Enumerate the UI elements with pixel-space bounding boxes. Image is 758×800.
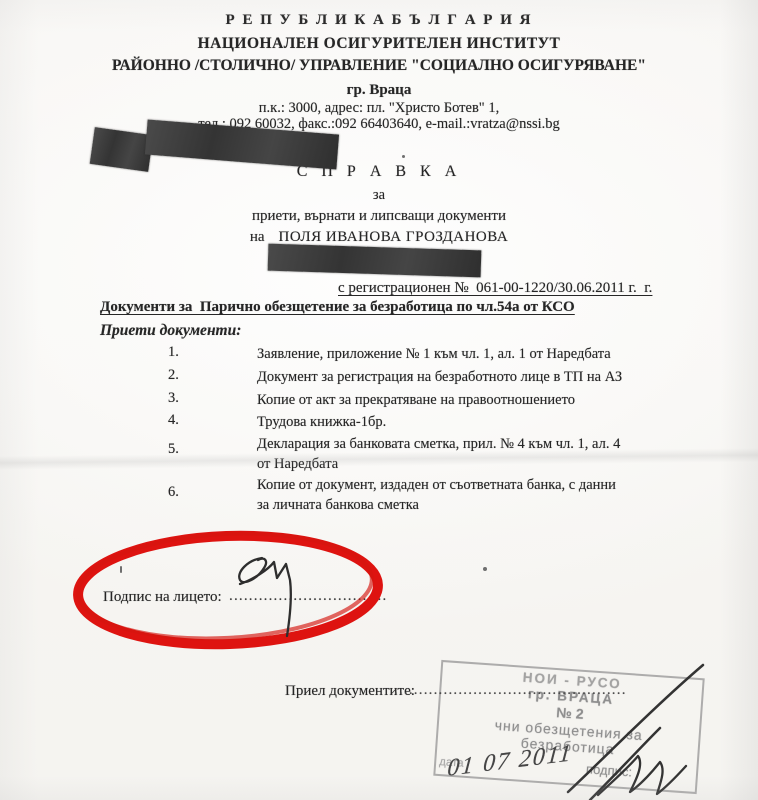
item-text: Копие от документ, издаден от съответнат… [257, 475, 677, 495]
item-number: 4. [168, 412, 179, 429]
document-title-sub2: приети, върнати и липсващи документи [0, 208, 758, 225]
person-name-line: наПОЛЯ ИВАНОВА ГРОЗДАНОВА [0, 229, 758, 246]
header-city: гр. Враца [0, 82, 758, 99]
item-text: Документ за регистрация на безработното … [257, 367, 677, 387]
scan-speck [483, 567, 487, 571]
item-text: Копие от акт за прекратяване на правоотн… [257, 390, 677, 410]
item-text: Трудова книжка-1бр. [257, 412, 677, 432]
section-subheading: Приети документи: [100, 322, 241, 340]
person-name: ПОЛЯ ИВАНОВА ГРОЗДАНОВА [279, 229, 509, 245]
header-republic: Р Е П У Б Л И К А Б Ъ Л Г А Р И Я [0, 12, 758, 29]
document-title-sub1: за [0, 187, 758, 204]
item-number: 1. [168, 344, 179, 361]
person-signature [220, 545, 310, 645]
item-number: 6. [168, 484, 179, 501]
scan-speck [402, 155, 405, 158]
header-office: РАЙОННО /СТОЛИЧНО/ УПРАВЛЕНИЕ "СОЦИАЛНО … [0, 57, 758, 75]
redaction-bar [268, 244, 482, 278]
item-number: 2. [168, 367, 179, 384]
registration-line: с регистрационен № 061-00-1220/30.06.201… [338, 280, 652, 297]
scanned-document-page: Р Е П У Б Л И К А Б Ъ Л Г А Р И Я НАЦИОН… [0, 0, 758, 800]
person-name-prefix: на [250, 229, 265, 245]
redaction-bar [90, 127, 154, 172]
item-text: Заявление, приложение № 1 към чл. 1, ал.… [257, 344, 677, 364]
item-text: за личната банкова сметка [257, 495, 677, 515]
header-address: п.к.: 3000, адрес: пл. "Христо Ботев" 1, [0, 100, 758, 117]
item-number: 3. [168, 390, 179, 407]
header-institute: НАЦИОНАЛЕН ОСИГУРИТЕЛЕН ИНСТИТУТ [0, 35, 758, 53]
receiver-signature [540, 650, 715, 800]
section-heading: Документи за Парично обезщетение за безр… [100, 299, 575, 316]
